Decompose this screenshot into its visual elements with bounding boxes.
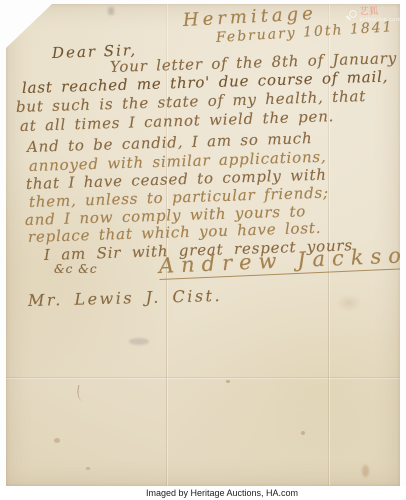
magnifier-icon	[349, 10, 357, 18]
stain	[54, 438, 60, 443]
letter-sheet: Hermitage February 10th 1841 ~ Dear Sir,…	[6, 4, 400, 486]
stain	[86, 467, 90, 470]
stain	[301, 431, 305, 435]
stain	[362, 465, 369, 477]
stain	[10, 32, 15, 36]
pencil-mark	[108, 7, 114, 15]
watermark: 艺狐在线 artfoxlive.com	[349, 8, 401, 23]
watermark-char: 艺	[360, 7, 370, 17]
watermark-text-block: 艺狐在线 artfoxlive.com	[360, 8, 401, 23]
watermark-char: 线	[388, 7, 398, 17]
watermark-caption: artfoxlive.com	[360, 17, 401, 23]
auction-photo: Hermitage February 10th 1841 ~ Dear Sir,…	[0, 0, 406, 500]
letter-addressee: Mr. Lewis J. Cist.	[28, 286, 223, 310]
fold-crease-horizontal	[6, 377, 400, 378]
stain	[336, 294, 362, 312]
watermark-char: 在	[379, 7, 389, 17]
credit-line: Imaged by Heritage Auctions, HA.com	[0, 486, 406, 500]
stain	[226, 380, 230, 383]
pencil-smudge	[129, 338, 149, 345]
watermark-char: 狐	[369, 7, 379, 17]
watermark-text: 艺狐在线	[360, 8, 401, 17]
letter-etcetera: &c &c	[54, 262, 98, 276]
ink-squiggle	[74, 385, 88, 402]
